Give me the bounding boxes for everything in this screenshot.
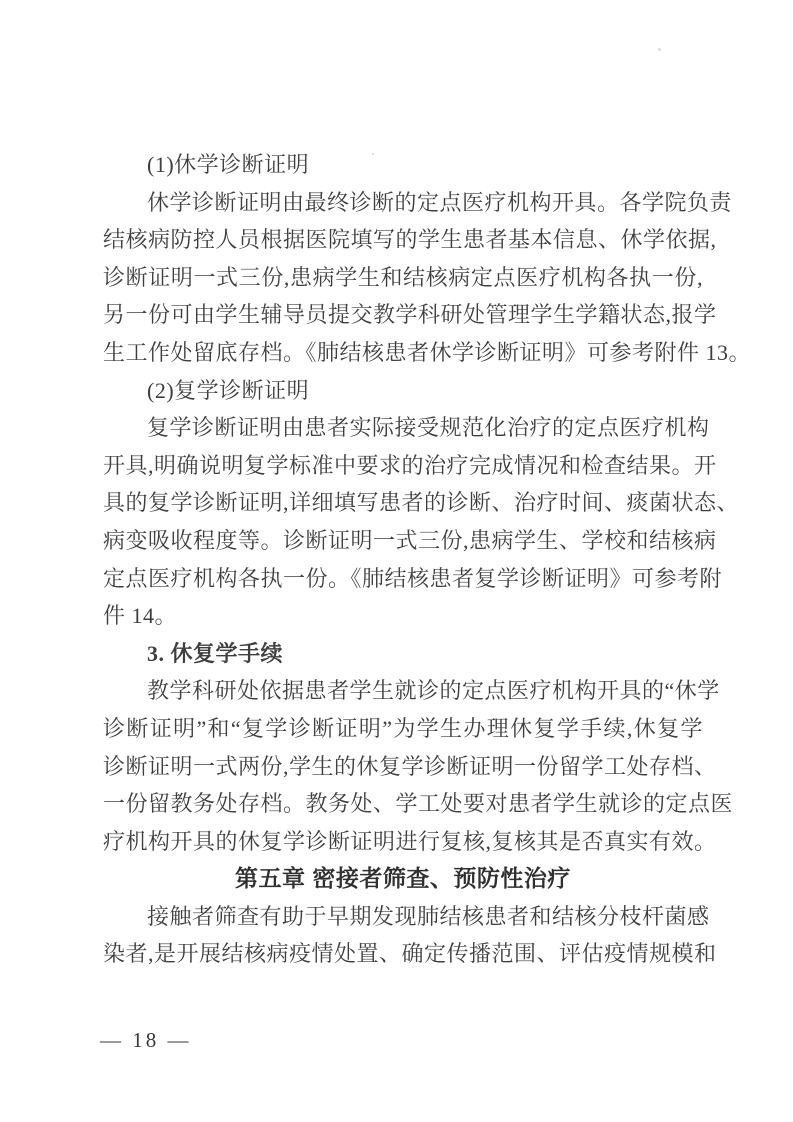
text-line: 教学科研处依据患者学生就诊的定点医疗机构开具的“休学	[103, 672, 703, 710]
text-line: 具的复学诊断证明,详细填写患者的诊断、治疗时间、痰菌状态、	[103, 484, 703, 522]
text-line: 诊断证明一式两份,学生的休复学诊断证明一份留学工处存档、	[103, 748, 703, 786]
text-line: 接触者筛查有助于早期发现肺结核患者和结核分枝杆菌感	[103, 898, 703, 936]
text-line: 疗机构开具的休复学诊断证明进行复核,复核其是否真实有效。	[103, 823, 703, 861]
text-line: 诊断证明”和“复学诊断证明”为学生办理休复学手续,休复学	[103, 710, 703, 748]
subsection-1-heading: (1)休学诊断证明	[103, 146, 703, 184]
document-page: (1)休学诊断证明 休学诊断证明由最终诊断的定点医疗机构开具。各学院负责 结核病…	[0, 0, 793, 1122]
text-line: 休学诊断证明由最终诊断的定点医疗机构开具。各学院负责	[103, 184, 703, 222]
text-line: 另一份可由学生辅导员提交教学科研处管理学生学籍状态,报学	[103, 296, 703, 334]
text-line: 生工作处留底存档。《肺结核患者休学诊断证明》可参考附件 13。	[103, 334, 703, 372]
text-line: 一份留教务处存档。教务处、学工处要对患者学生就诊的定点医	[103, 785, 703, 823]
subsection-2-heading: (2)复学诊断证明	[103, 372, 703, 410]
text-line: 染者,是开展结核病疫情处置、确定传播范围、评估疫情规模和	[103, 935, 703, 973]
text-line: 定点医疗机构各执一份。《肺结核患者复学诊断证明》可参考附	[103, 560, 703, 598]
page-number: — 18 —	[100, 1028, 192, 1053]
chapter-5-heading: 第五章 密接者筛查、预防性治疗	[103, 860, 703, 898]
text-line: 件 14。	[103, 597, 703, 635]
text-line: 开具,明确说明复学标准中要求的治疗完成情况和检查结果。开	[103, 447, 703, 485]
document-text-block: (1)休学诊断证明 休学诊断证明由最终诊断的定点医疗机构开具。各学院负责 结核病…	[103, 146, 703, 973]
text-line: 结核病防控人员根据医院填写的学生患者基本信息、休学依据,	[103, 221, 703, 259]
scan-speck	[372, 153, 374, 155]
text-line: 病变吸收程度等。诊断证明一式三份,患病学生、学校和结核病	[103, 522, 703, 560]
scan-speck	[658, 48, 661, 51]
text-line: 诊断证明一式三份,患病学生和结核病定点医疗机构各执一份,	[103, 259, 703, 297]
subsection-3-heading: 3. 休复学手续	[103, 635, 703, 673]
text-line: 复学诊断证明由患者实际接受规范化治疗的定点医疗机构	[103, 409, 703, 447]
